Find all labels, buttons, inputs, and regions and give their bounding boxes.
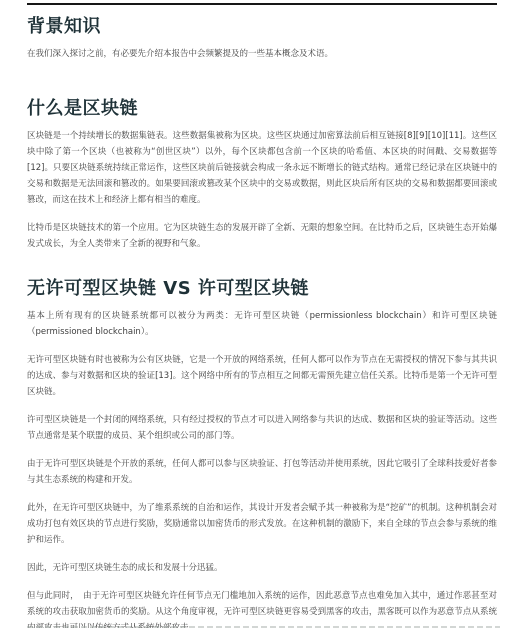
- section-heading-permissionless-vs-permissioned: 无许可型区块链 VS 许可型区块链: [27, 279, 497, 299]
- paragraph: 许可型区块链是一个封闭的网络系统，只有经过授权的节点才可以进入网络参与共识的达成…: [27, 412, 497, 444]
- section-heading-background-knowledge: 背景知识: [27, 17, 497, 37]
- paragraph: 无许可型区块链有时也被称为公有区块链，它是一个开放的网络系统，任何人都可以作为节…: [27, 352, 497, 400]
- paragraph: 基本上所有现有的区块链系统都可以被分为两类：无许可型区块链（permission…: [27, 308, 497, 340]
- paragraph: 由于无许可型区块链是个开放的系统，任何人都可以参与区块验证、打包等活动并使用系统…: [27, 456, 497, 488]
- section-heading-what-is-blockchain: 什么是区块链: [27, 99, 497, 119]
- paragraph: 但与此同时， 由于无许可型区块链允许任何节点无门槛地加入系统的运作，因此恶意节点…: [27, 588, 497, 628]
- top-rule-divider: [27, 3, 497, 5]
- document-page: 背景知识 在我们深入探讨之前，有必要先介绍本报告中会频繁提及的一些基本概念及术语…: [0, 3, 524, 628]
- paragraph: 比特币是区块链技术的第一个应用。它为区块链生态的发展开辟了全新、无限的想象空间。…: [27, 220, 497, 252]
- paragraph: 区块链是一个持续增长的数据集链表。这些数据集被称为区块。这些区块通过加密算法前后…: [27, 128, 497, 208]
- paragraph: 在我们深入探讨之前，有必要先介绍本报告中会频繁提及的一些基本概念及术语。: [27, 46, 497, 62]
- paragraph: 此外，在无许可型区块链中，为了维系系统的自治和运作，其设计开发者会赋予其一种被称…: [27, 500, 497, 548]
- paragraph: 因此，无许可型区块链生态的成长和发展十分迅猛。: [27, 560, 497, 576]
